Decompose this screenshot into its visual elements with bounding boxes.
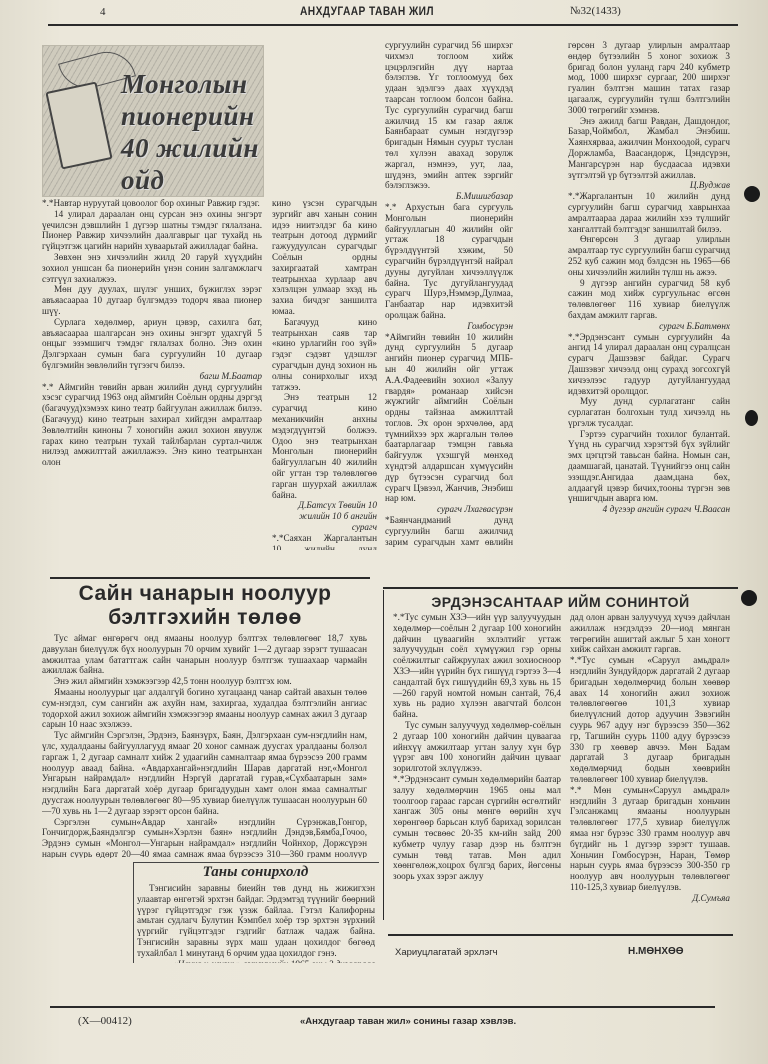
paragraph: *.*Навтар нуруутай цовоолог бор охиныг Р… bbox=[42, 198, 262, 209]
paragraph: Тэнгисийн заравны биеийн төв дунд нь жиж… bbox=[137, 883, 375, 959]
paragraph: *Аймгийн төвийн 10 жилийн дунд сургуулий… bbox=[385, 332, 513, 505]
paragraph: Тус сумын залуучууд хөдөлмөр-соёлын 2 ду… bbox=[393, 720, 561, 774]
page-number: 4 bbox=[100, 6, 106, 18]
emblem-title: Монголын пионерийн 40 жилийн ойд bbox=[121, 68, 263, 196]
paragraph: 9 дүгээр ангийн сурагчид 58 куб сажин мо… bbox=[568, 278, 730, 321]
paragraph: *.* Мөн сумын«Саруул амьдрал» нэгдлийн 3… bbox=[570, 785, 730, 893]
paragraph: сургуулийн сурагчид 56 ширхэг чихмэл тог… bbox=[385, 40, 513, 191]
source-citation: «Наука и жизнь» сэтгүүлийн 1965 оны 3 ду… bbox=[137, 959, 375, 963]
paragraph: *.*Тус сумын ХЗЭ—ийн үүр залуучуудын хөд… bbox=[393, 612, 561, 720]
paragraph: Энэ жил аймгийн хэмжээгээр 42,5 тонн ноо… bbox=[42, 676, 367, 687]
paragraph: *.*Эрдэнэсант сумын сургуулийн 4а ангид … bbox=[568, 332, 730, 397]
issue-number: №32(1433) bbox=[570, 5, 621, 17]
paragraph: Энэ ажилд багш Равдан, Дашдондог, Базар,… bbox=[568, 116, 730, 181]
byline: Д.Батсүх Төвийн 10 жилийн 10 б ангийн су… bbox=[272, 500, 377, 532]
column-3: сургуулийн сурагчид 56 ширхэг чихмэл тог… bbox=[385, 40, 513, 550]
paragraph: *.*Жаргалантын 10 жилийн дунд сургуулийн… bbox=[568, 191, 730, 234]
byline: Ц.Вуджав bbox=[568, 180, 730, 191]
print-code: (Х—00412) bbox=[78, 1015, 132, 1027]
pioneer-badge-icon bbox=[45, 81, 112, 169]
paragraph: Сурлага хөдөлмөр, ариун цэвэр, сахилга б… bbox=[42, 317, 262, 371]
paragraph: 14 улирал дараалан онц сурсан энэ охины … bbox=[42, 209, 262, 252]
section-rule bbox=[50, 577, 370, 579]
erdenesant-col-b: дад олон арван залуучууд хүчээ дайчлан а… bbox=[570, 612, 730, 920]
paragraph: *.*Тус сумын «Саруул амьдрал» нэгдлийн З… bbox=[570, 655, 730, 785]
erdenesant-headline-wrap: ЭРДЭНЭСАНТААР ИЙМ СОНИНТОЙ bbox=[383, 594, 738, 610]
byline: Д.Сумъяа bbox=[570, 893, 730, 904]
paragraph: дад олон арван залуучууд хүчээ дайчлан а… bbox=[570, 612, 730, 655]
box-left-rule bbox=[383, 590, 384, 920]
paragraph: *.* Архустын бага сургууль Монголын пион… bbox=[385, 202, 513, 321]
paragraph: *.* Аймгийн төвийн арван жилийн дунд сур… bbox=[42, 382, 262, 468]
byline: сурагч Лхагвасүрэн bbox=[385, 504, 513, 515]
paragraph: *.*Эрдэнэсант сумын хөдөлмөрийн баатар з… bbox=[393, 774, 561, 882]
paragraph: Тус аймгийн Сэргэлэн, Эрдэнэ, Баянзүрх, … bbox=[42, 730, 367, 816]
binder-hole bbox=[744, 186, 760, 202]
paragraph: Гэртээ сурагчийн тохилог булантай. Үүнд … bbox=[568, 429, 730, 505]
byline: сурагч Б.Батмөнх bbox=[568, 321, 730, 332]
binder-hole bbox=[741, 590, 757, 606]
editor-label: Хариуцлагатай эрхлэгч bbox=[395, 947, 498, 958]
column-4: гөрсөн 3 дугаар улирлын амралтаар өндөр … bbox=[568, 40, 730, 582]
header-rule bbox=[48, 24, 738, 26]
editor-rule bbox=[388, 934, 733, 936]
paragraph: Өнгөрсөн 3 дугаар улирлын амралтаар тус … bbox=[568, 234, 730, 277]
paragraph: *Баянчандманий дунд сургуулийн багш ажил… bbox=[385, 515, 513, 550]
paragraph: Сэргэлэн сумын«Авдар хангай» нэгдлийн Сү… bbox=[42, 817, 367, 858]
column-2: кино үзсэн сурагчдын зургийг авч ханын с… bbox=[272, 198, 377, 550]
paragraph: Ямааны ноолуурыг цаг алдалгүй богино хуг… bbox=[42, 687, 367, 730]
byline: Гомбосүрэн bbox=[385, 321, 513, 332]
newspaper-page: 4 АНХДУГААР ТАВАН ЖИЛ №32(1433) Монголын… bbox=[0, 0, 768, 1064]
article-headline: бэлтгэхийн төлөө bbox=[40, 606, 370, 630]
paragraph: *.*Саяхан Жаргалантын 10 жилийн дунд сур… bbox=[272, 533, 377, 550]
paragraph: Муу дунд сурлагатанг сайн сурлагатан бол… bbox=[568, 396, 730, 428]
paragraph: гөрсөн 3 дугаар улирлын амралтаар өндөр … bbox=[568, 40, 730, 116]
paragraph: Тус аймаг өнгөрөгч онд ямааны ноолуур бэ… bbox=[42, 633, 367, 676]
paragraph: Багачууд кино театрынхан саяв тар «кино … bbox=[272, 317, 377, 393]
printer-credit: «Анхдугаар таван жил» сонины газар хэвлэ… bbox=[300, 1016, 516, 1027]
byline: Б.Мишигбазар bbox=[385, 191, 513, 202]
paragraph: Энэ театрын 12 сурагчид кино механикчийн… bbox=[272, 392, 377, 500]
editor-name: Н.МӨНХӨӨ bbox=[628, 946, 684, 957]
paragraph: кино үзсэн сурагчдын зургийг авч ханын с… bbox=[272, 198, 377, 317]
byline: багш М.Баатар bbox=[42, 371, 262, 382]
interest-headline-wrap: Таны сонирхолд bbox=[133, 864, 378, 881]
article-wool-body: Тус аймаг өнгөрөгч онд ямааны ноолуур бэ… bbox=[42, 633, 367, 858]
paragraph: Мөн дуу дуулах, шүлэг унших, бүжиглэх зэ… bbox=[42, 284, 262, 316]
footer-rule bbox=[50, 1006, 715, 1008]
column-1: *.*Навтар нуруутай цовоолог бор охиныг Р… bbox=[42, 198, 262, 550]
section-rule bbox=[383, 587, 738, 589]
binder-hole bbox=[745, 410, 758, 426]
article-wool: Сайн чанарын ноолуур бэлтгэхийн төлөө bbox=[40, 582, 370, 630]
article-headline: ЭРДЭНЭСАНТААР ИЙМ СОНИНТОЙ bbox=[383, 594, 738, 610]
article-headline: Таны сонирхолд bbox=[133, 864, 378, 881]
pioneer-anniversary-emblem: Монголын пионерийн 40 жилийн ойд bbox=[42, 45, 264, 197]
erdenesant-col-a: *.*Тус сумын ХЗЭ—ийн үүр залуучуудын хөд… bbox=[393, 612, 561, 920]
interest-body: Тэнгисийн заравны биеийн төв дунд нь жиж… bbox=[137, 883, 375, 963]
byline: 4 дүгээр ангийн сурагч Ч.Ваасан bbox=[568, 504, 730, 515]
article-headline: Сайн чанарын ноолуур bbox=[40, 582, 370, 606]
paragraph: Зөвхөн энэ хичээлийн жилд 20 гаруй хүүхд… bbox=[42, 252, 262, 284]
newspaper-title: АНХДУГААР ТАВАН ЖИЛ bbox=[300, 4, 434, 18]
